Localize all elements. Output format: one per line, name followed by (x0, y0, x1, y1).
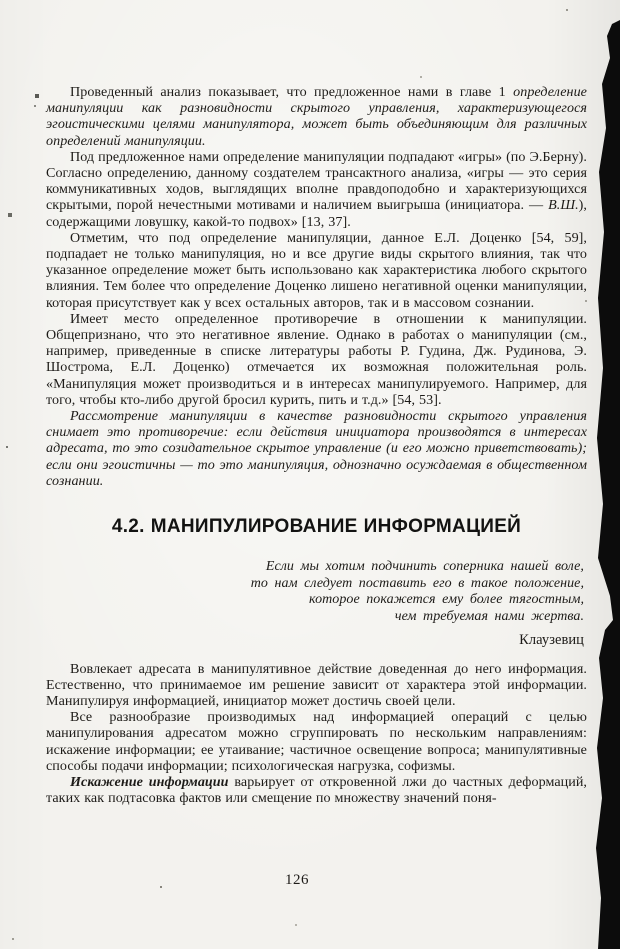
book-page: Проведенный анализ показывает, что предл… (0, 0, 620, 949)
scan-edge-artifact (0, 0, 620, 949)
scan-noise-specks (0, 0, 2, 2)
